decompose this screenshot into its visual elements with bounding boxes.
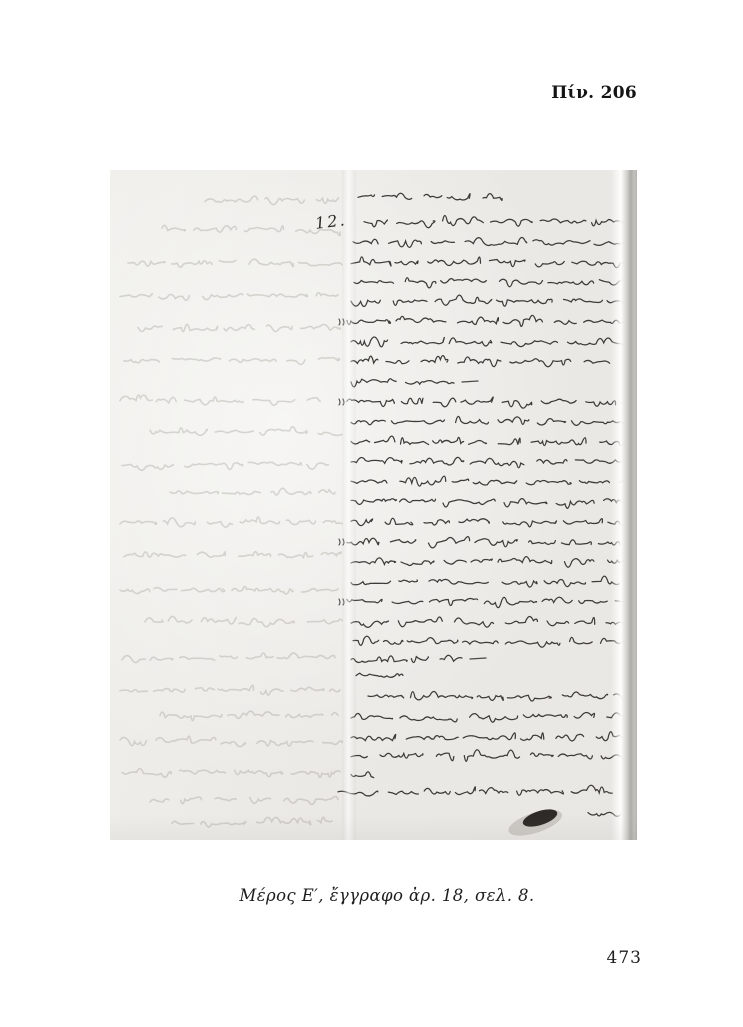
book-page: Πίν. 206 12. Μέρος Ε′, ἔγγραφο ἀρ. 18, σ… <box>0 0 743 1027</box>
figure-caption: Μέρος Ε′, ἔγγραφο ἀρ. 18, σελ. 8. <box>239 886 534 905</box>
page-number: 473 <box>607 948 642 968</box>
manuscript-handwriting <box>110 170 637 840</box>
manuscript-item-number: 12. <box>314 210 348 233</box>
manuscript-photo: 12. <box>110 170 637 840</box>
plate-number: Πίν. 206 <box>551 83 637 103</box>
